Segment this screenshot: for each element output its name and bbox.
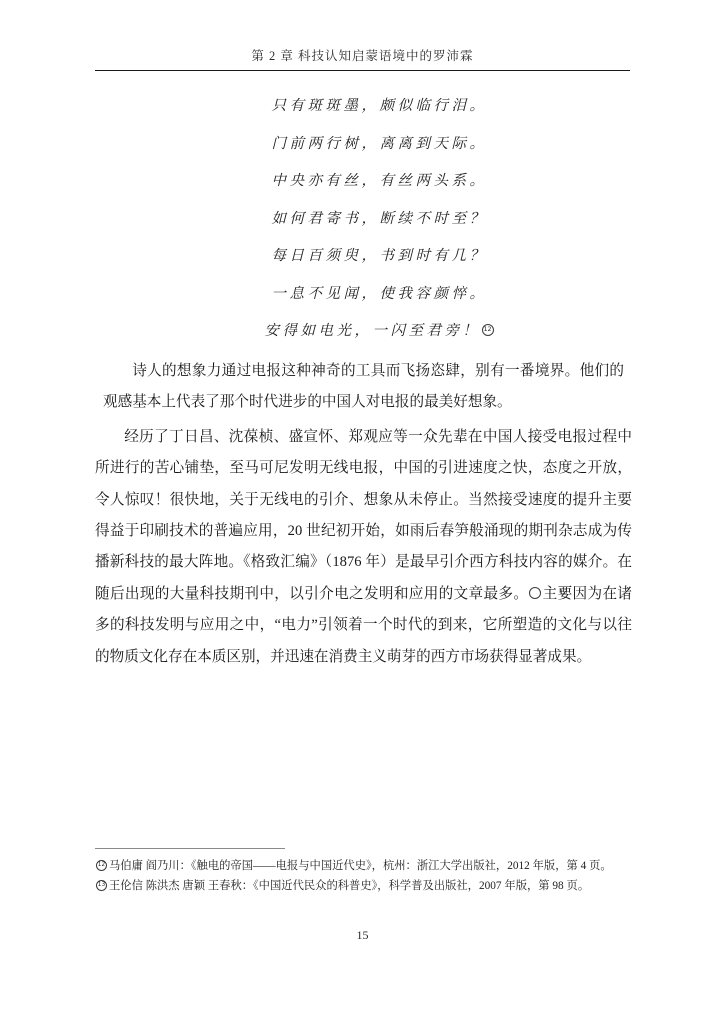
footnote-item: 13王伦信 陈洪杰 唐颖 王春秋：《中国近代民众的科普史》，科学普及出版社，20… bbox=[95, 877, 635, 897]
poem-line: 门前两行树，离离到天际。 bbox=[95, 126, 630, 164]
poem-line: 只有斑斑墨，颇似临行泪。 bbox=[95, 88, 630, 126]
poem-line: 安得如电光，一闪至君旁！12 bbox=[95, 313, 630, 351]
footnote-reference-13: 13 bbox=[529, 587, 541, 599]
poem-line: 如何君寄书，断续不时至？ bbox=[95, 201, 630, 239]
poem-line: 一息不见闻，使我容颜悴。 bbox=[95, 276, 630, 314]
paragraph-main: 经历了丁日昌、沈葆桢、盛宣怀、郑观应等一众先辈在中国人接受电报过程中所进行的苦心… bbox=[95, 422, 632, 673]
page-number: 15 bbox=[95, 928, 630, 943]
document-page: 第 2 章 科技认知启蒙语境中的罗沛霖 只有斑斑墨，颇似临行泪。 门前两行树，离… bbox=[0, 0, 724, 1023]
poem-last-line-text: 安得如电光，一闪至君旁！ bbox=[265, 323, 481, 339]
poem-line: 中央亦有丝，有丝两头系。 bbox=[95, 163, 630, 201]
footnote-number-12: 12 bbox=[96, 860, 107, 871]
footnote-divider bbox=[95, 848, 285, 849]
paragraph-observation: 诗人的想象力通过电报这种神奇的工具而飞扬恣肆，别有一番境界。他们的观感基本上代表… bbox=[95, 356, 632, 419]
footnote-reference-12: 12 bbox=[482, 324, 494, 336]
footnote-text: 马伯庸 阎乃川：《触电的帝国——电报与中国近代史》，杭州：浙江大学出版社，201… bbox=[109, 860, 612, 872]
chapter-header: 第 2 章 科技认知启蒙语境中的罗沛霖 bbox=[95, 46, 630, 71]
poem-block: 只有斑斑墨，颇似临行泪。 门前两行树，离离到天际。 中央亦有丝，有丝两头系。 如… bbox=[95, 88, 630, 351]
footnote-number-13: 13 bbox=[96, 880, 107, 891]
poem-line: 每日百须臾，书到时有几？ bbox=[95, 238, 630, 276]
paragraph-main-part1: 经历了丁日昌、沈葆桢、盛宣怀、郑观应等一众先辈在中国人接受电报过程中所进行的苦心… bbox=[95, 429, 632, 602]
footnotes-section: 12马伯庸 阎乃川：《触电的帝国——电报与中国近代史》，杭州：浙江大学出版社，2… bbox=[95, 848, 635, 896]
footnote-item: 12马伯庸 阎乃川：《触电的帝国——电报与中国近代史》，杭州：浙江大学出版社，2… bbox=[95, 857, 635, 877]
footnote-text: 王伦信 陈洪杰 唐颖 王春秋：《中国近代民众的科普史》，科学普及出版社，2007… bbox=[109, 880, 589, 892]
body-text: 诗人的想象力通过电报这种神奇的工具而飞扬恣肆，别有一番境界。他们的观感基本上代表… bbox=[95, 356, 632, 673]
